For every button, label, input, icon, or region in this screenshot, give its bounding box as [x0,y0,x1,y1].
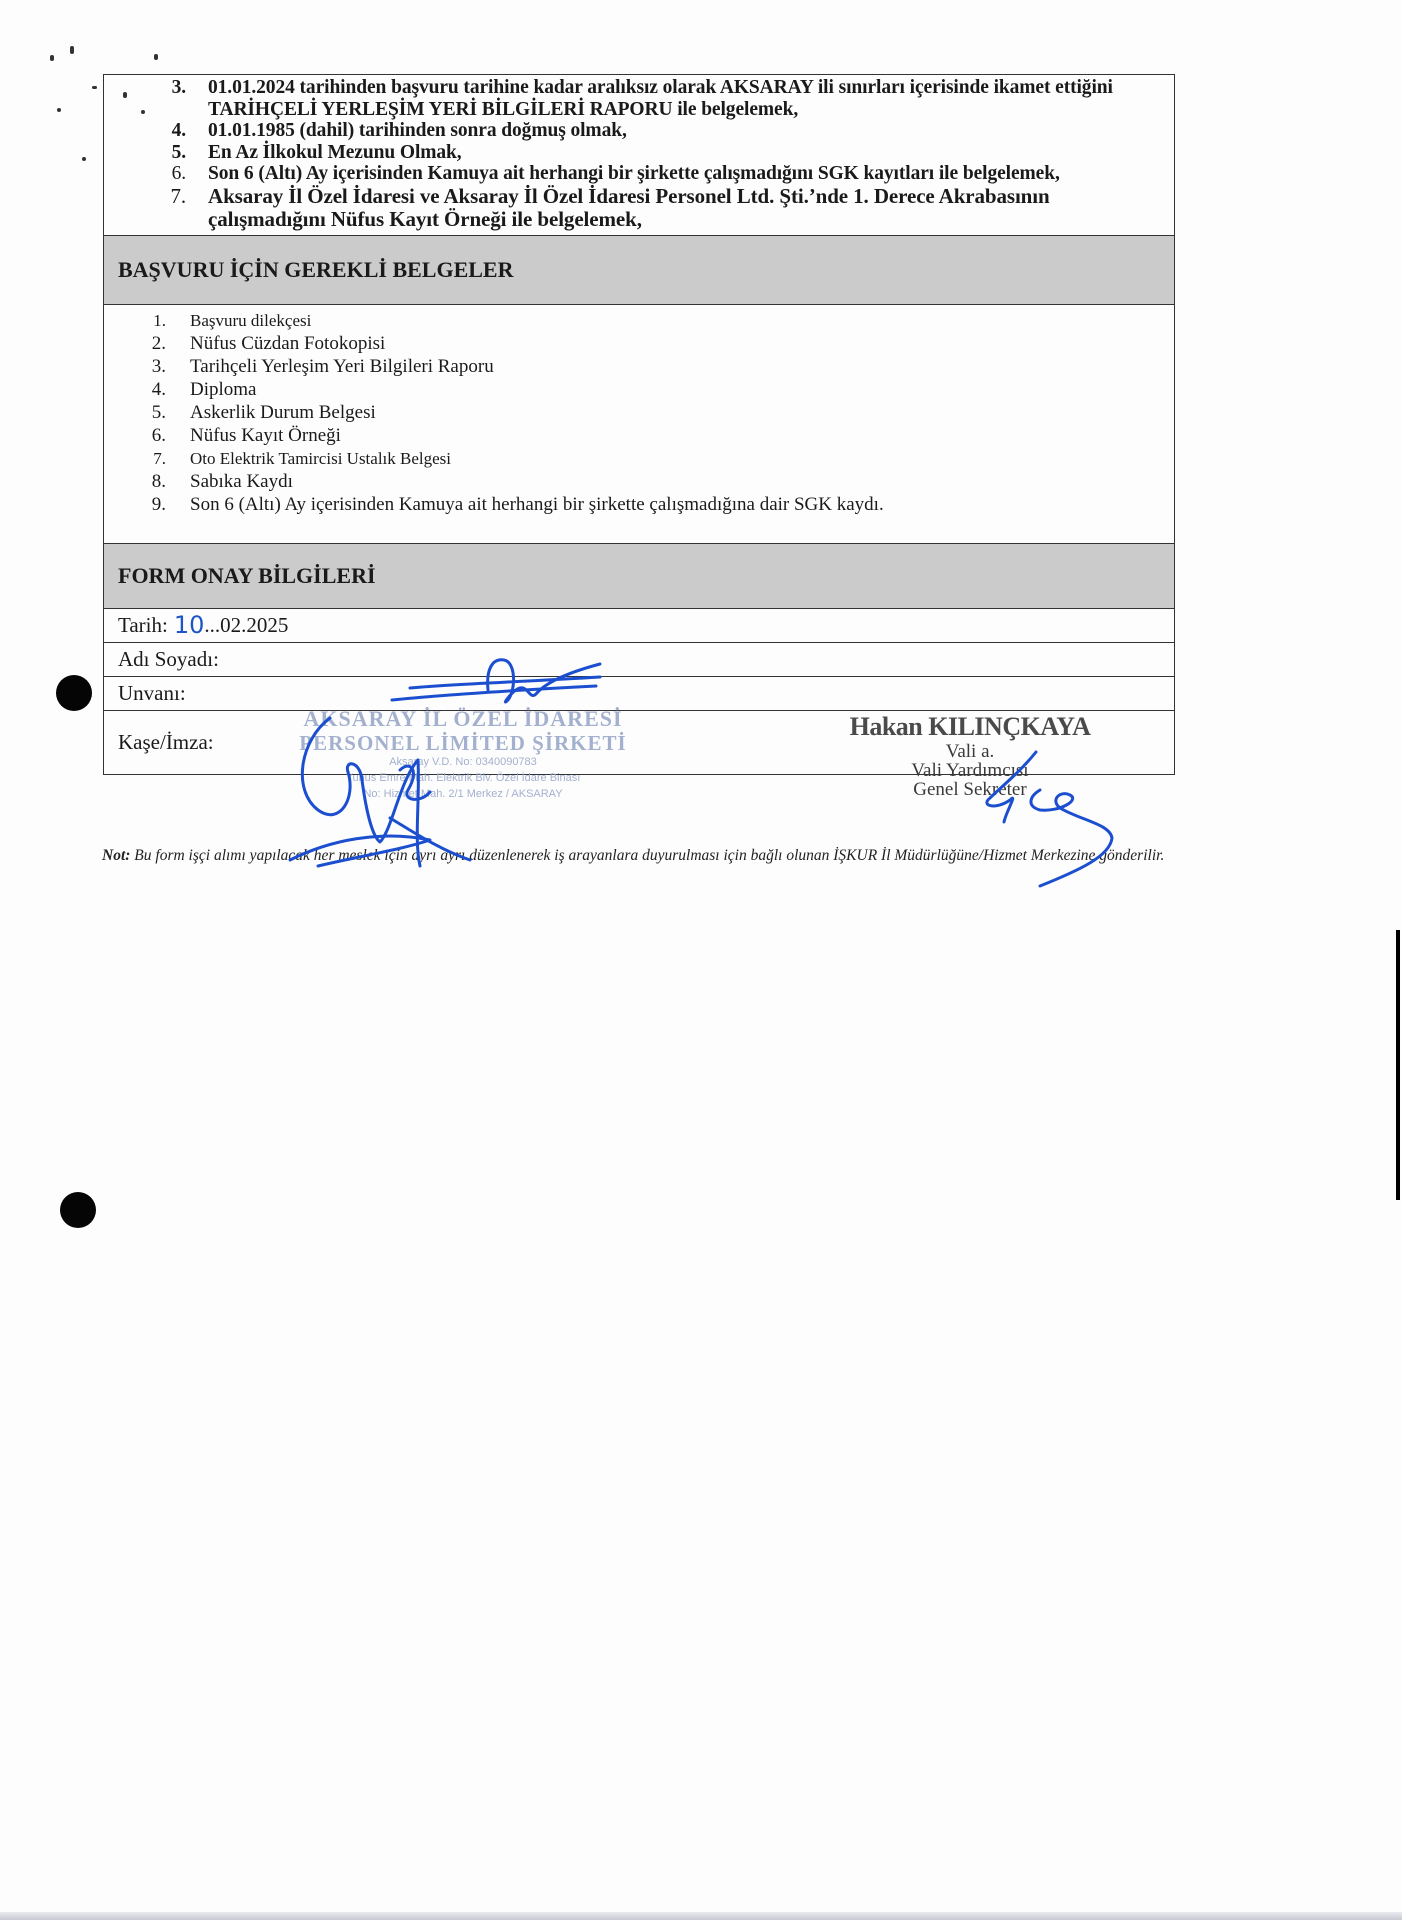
title-row: Unvanı: [104,677,1174,711]
requirement-item: 7. Aksaray İl Özel İdaresi ve Aksaray İl… [104,185,1174,231]
form-approval-heading: FORM ONAY BİLGİLERİ [104,543,1174,609]
scan-speck [57,108,61,112]
document-item: 8.Sabıka Kaydı [104,470,1174,493]
document-item: 6.Nüfus Kayıt Örneği [104,424,1174,447]
scan-edge [1396,930,1400,1200]
note-label: Not: [102,847,130,864]
handwritten-day: 10 [174,611,205,639]
stamp-label: Kaşe/İmza: [118,730,214,755]
documents-list: 1.Başvuru dilekçesi 2.Nüfus Cüzdan Fotok… [104,305,1174,519]
requirement-item: 4. 01.01.1985 (dahil) tarihinden sonra d… [104,120,1174,142]
form-table: 3. 01.01.2024 tarihinden başvuru tarihin… [103,74,1175,775]
punch-hole [60,1192,96,1228]
requirements-list: 3. 01.01.2024 tarihinden başvuru tarihin… [104,75,1174,235]
official-name: Hakan KILINÇKAYA [820,712,1120,742]
scan-bottom-edge [0,1912,1402,1920]
document-item: 7.Oto Elektrik Tamircisi Ustalık Belgesi [104,447,1174,470]
date-value: ...02.2025 [204,613,288,638]
official-line: Genel Sekreter [820,780,1120,799]
requirement-item: 6. Son 6 (Altı) Ay içerisinden Kamuya ai… [104,163,1174,185]
document-item: 4.Diploma [104,378,1174,401]
requirement-item: 3. 01.01.2024 tarihinden başvuru tarihin… [104,77,1174,120]
title-label: Unvanı: [118,681,186,706]
document-item: 9.Son 6 (Altı) Ay içerisinden Kamuya ait… [104,493,1174,516]
official-signature-block: Hakan KILINÇKAYA Vali a. Vali Yardımcısı… [820,712,1120,799]
document-item: 3.Tarihçeli Yerleşim Yeri Bilgileri Rapo… [104,355,1174,378]
date-label: Tarih: [118,613,168,638]
company-stamp: AKSARAY İL ÖZEL İDARESİ PERSONEL LİMİTED… [298,706,628,802]
official-line: Vali Yardımcısı [820,761,1120,780]
punch-hole [56,675,92,711]
note-text: Bu form işçi alımı yapılacak her meslek … [130,847,1164,864]
document-item: 5.Askerlik Durum Belgesi [104,401,1174,424]
scan-speck [50,55,54,61]
date-row: Tarih: 10 ...02.2025 [104,609,1174,643]
name-row: Adı Soyadı: [104,643,1174,677]
official-line: Vali a. [820,742,1120,761]
scan-speck [154,54,158,60]
name-label: Adı Soyadı: [118,647,219,672]
document-item: 1.Başvuru dilekçesi [104,309,1174,332]
requirement-item: 5. En Az İlkokul Mezunu Olmak, [104,142,1174,164]
footnote: Not: Bu form işçi alımı yapılacak her me… [102,846,1222,866]
scan-speck [70,46,74,54]
scan-speck [82,157,86,161]
document-item: 2.Nüfus Cüzdan Fotokopisi [104,332,1174,355]
documents-section-heading: BAŞVURU İÇİN GEREKLİ BELGELER [104,235,1174,305]
scan-speck [92,86,97,89]
